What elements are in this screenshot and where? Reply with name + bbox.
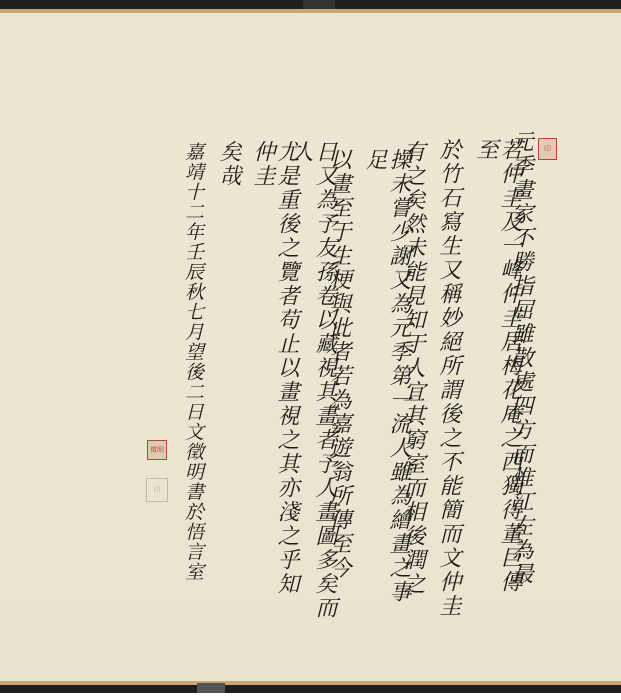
bottom-mount-rod bbox=[0, 685, 621, 693]
bottom-margin bbox=[0, 693, 621, 700]
calligraphy-column-5: 操未嘗少謝又為元季第一流人雖為繪畫之事足 bbox=[362, 148, 410, 618]
calligraphy-column-3: 於竹石寫生又稱妙絕所謂後之不能簡而文仲圭 bbox=[436, 138, 460, 618]
seal-top-right: 印 bbox=[538, 138, 557, 160]
calligraphy-column-8: 尤是重後之覽者苟止以畫視之其亦淺之乎知仲圭 bbox=[250, 140, 298, 610]
seal-artist-red: 徵明 bbox=[147, 440, 167, 460]
calligraphy-column-9: 矣哉 bbox=[216, 140, 240, 220]
calligraphy-signature-column: 嘉靖十二年壬辰秋七月望後二日文徵明書於悟言室 bbox=[182, 142, 204, 602]
calligraphy-column-2: 若仲圭及一峰仲圭居梅花庵之西獨得董巨傳至 bbox=[473, 138, 521, 608]
seal-artist-faint: 印 bbox=[146, 478, 168, 502]
